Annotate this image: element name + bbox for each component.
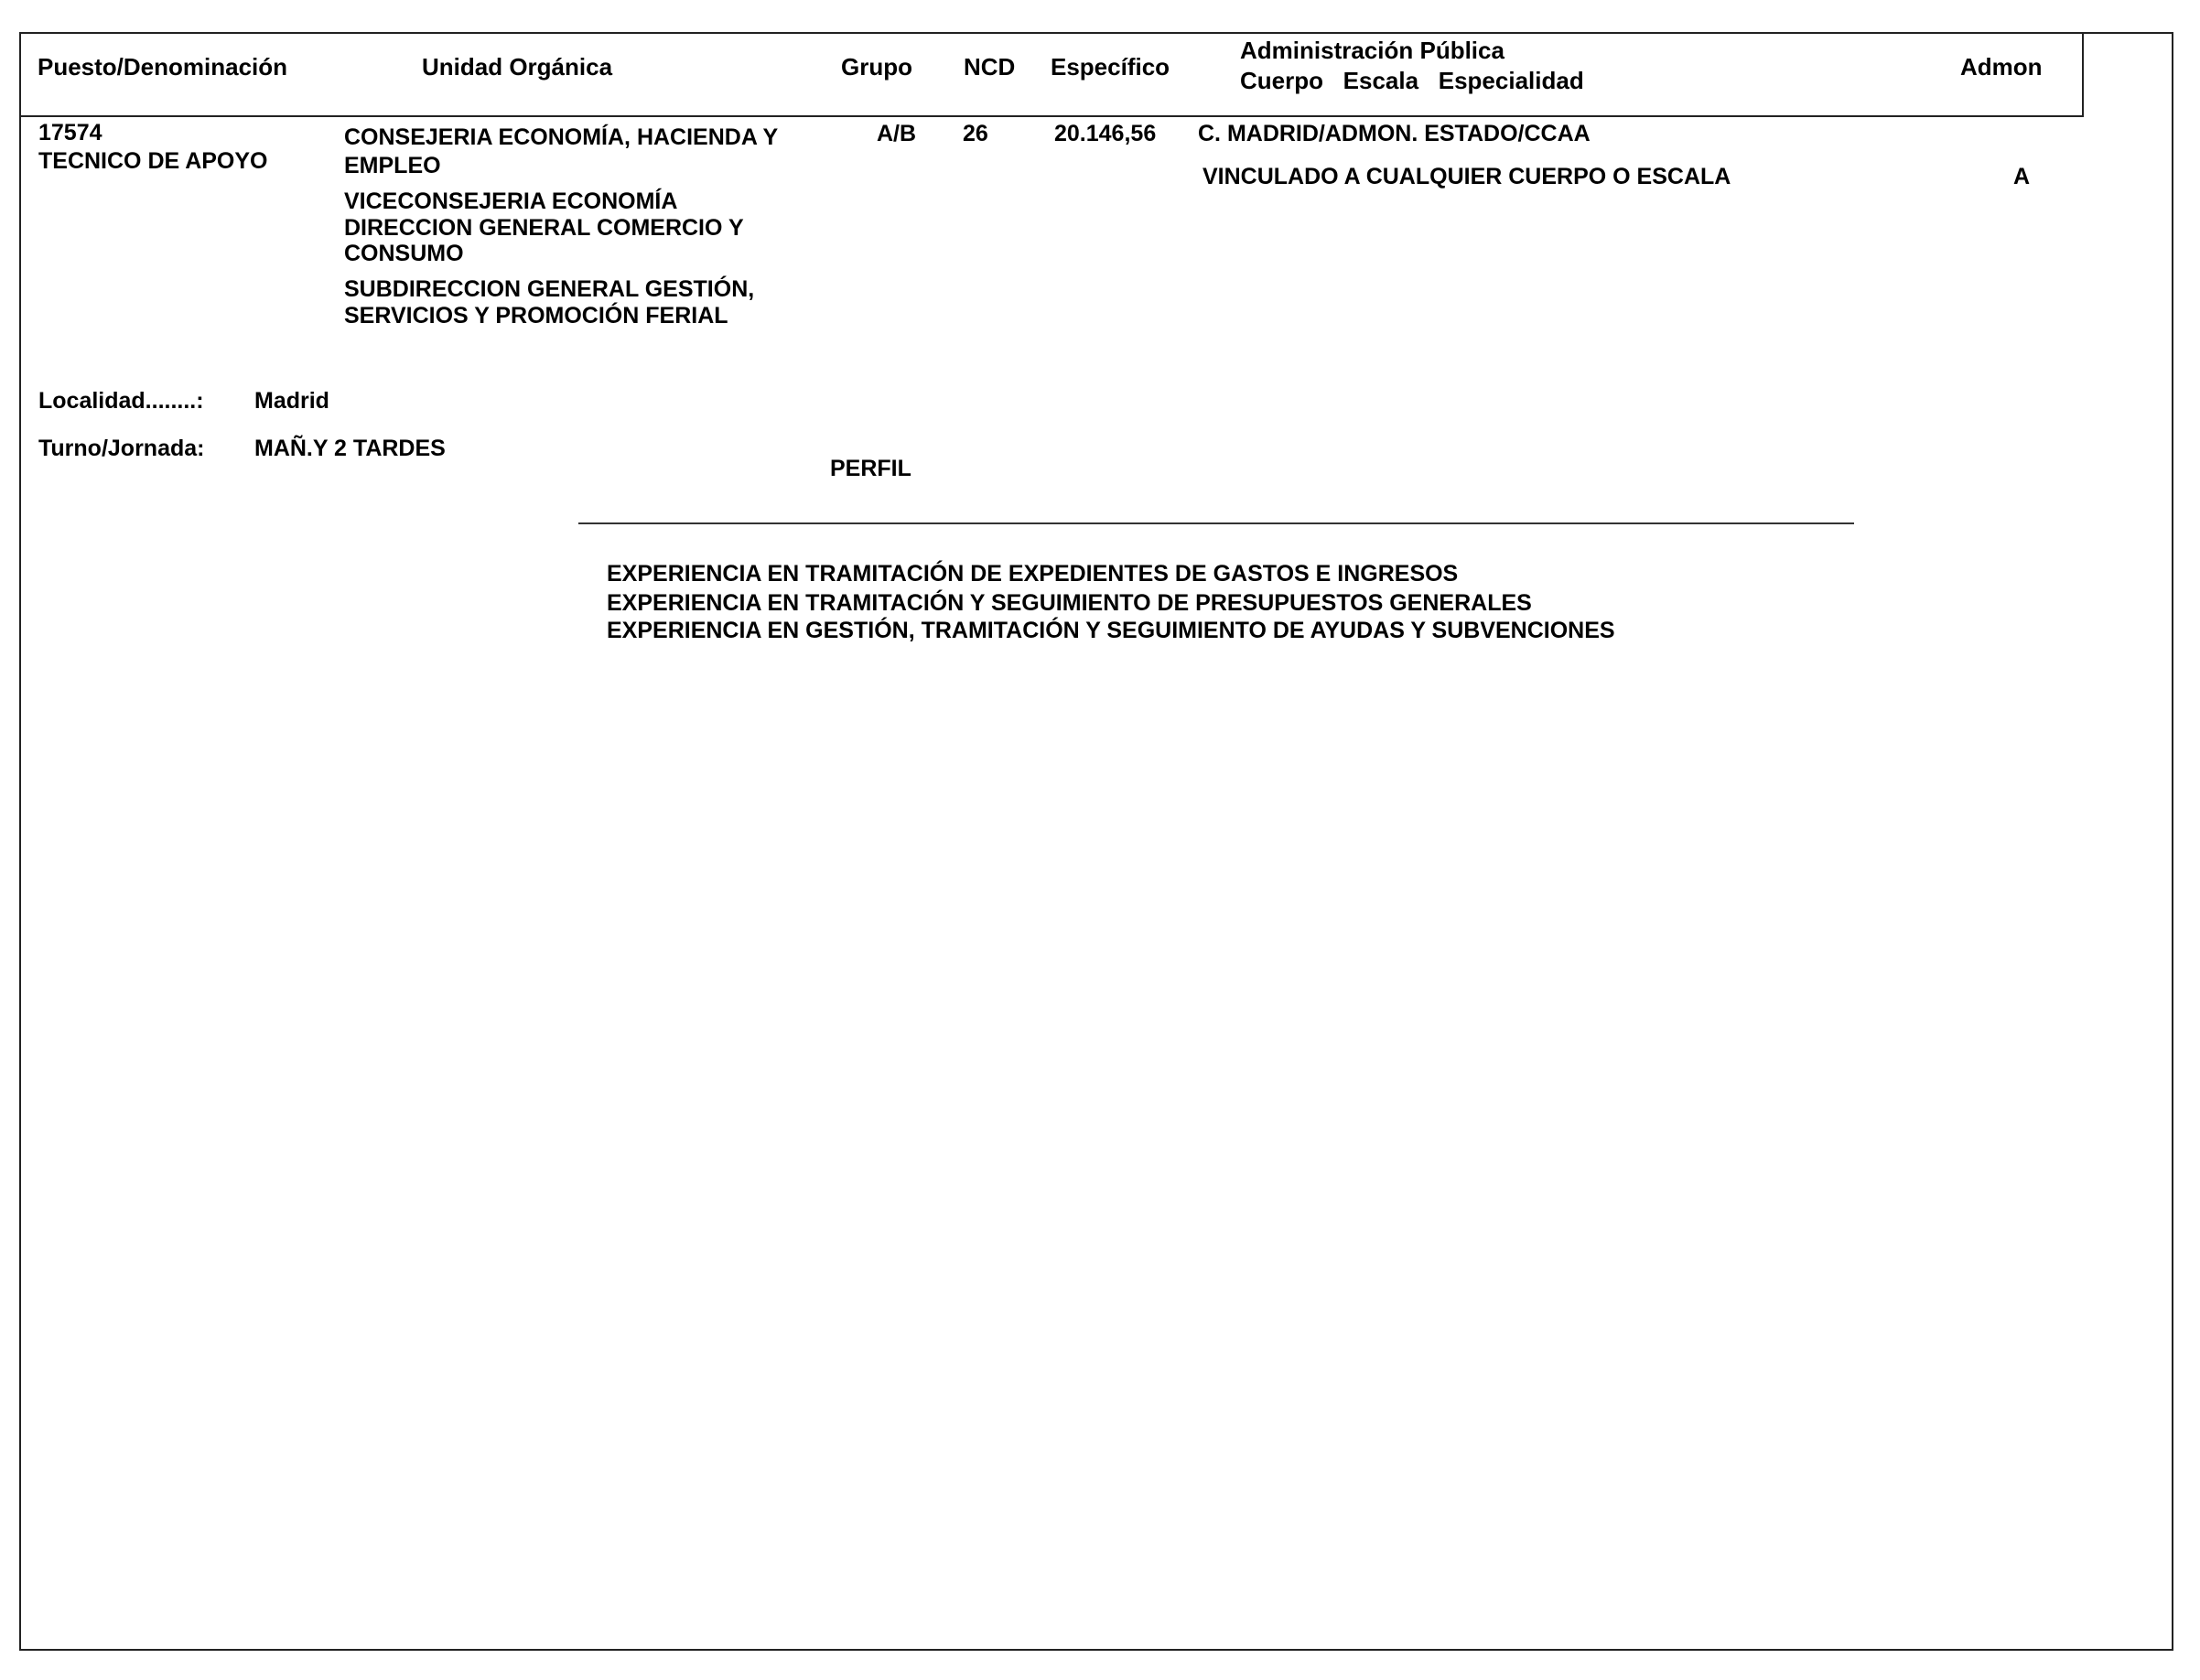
header-grupo: Grupo bbox=[841, 55, 912, 79]
page-frame bbox=[19, 32, 2173, 1651]
turno-value: MAÑ.Y 2 TARDES bbox=[254, 437, 446, 460]
unidad-organica-line: SERVICIOS Y PROMOCIÓN FERIAL bbox=[344, 305, 728, 328]
unidad-organica-line: VICECONSEJERIA ECONOMÍA bbox=[344, 190, 677, 213]
grupo-value: A/B bbox=[877, 123, 916, 145]
header-puesto: Puesto/Denominación bbox=[38, 55, 287, 79]
unidad-organica-line: SUBDIRECCION GENERAL GESTIÓN, bbox=[344, 278, 754, 301]
header-unidad-organica: Unidad Orgánica bbox=[422, 55, 612, 79]
unidad-organica-line: CONSEJERIA ECONOMÍA, HACIENDA Y bbox=[344, 126, 778, 149]
puesto-denominacion: TECNICO DE APOYO bbox=[38, 150, 268, 173]
header-especifico: Específico bbox=[1051, 55, 1170, 79]
perfil-item: EXPERIENCIA EN GESTIÓN, TRAMITACIÓN Y SE… bbox=[607, 619, 1615, 642]
perfil-item: EXPERIENCIA EN TRAMITACIÓN DE EXPEDIENTE… bbox=[607, 563, 1458, 586]
unidad-organica-line: EMPLEO bbox=[344, 155, 441, 178]
unidad-organica-line: CONSUMO bbox=[344, 242, 464, 265]
header-admon: Admon bbox=[1960, 55, 2043, 79]
header-administracion-publica: Administración Pública bbox=[1240, 38, 1504, 62]
unidad-organica-line: DIRECCION GENERAL COMERCIO Y bbox=[344, 217, 744, 240]
header-ncd: NCD bbox=[964, 55, 1015, 79]
header-cuerpo-escala-especialidad: Cuerpo Escala Especialidad bbox=[1240, 69, 1584, 92]
perfil-item: EXPERIENCIA EN TRAMITACIÓN Y SEGUIMIENTO… bbox=[607, 592, 1532, 615]
ncd-value: 26 bbox=[963, 123, 988, 145]
perfil-title: PERFIL bbox=[830, 458, 911, 480]
turno-label: Turno/Jornada: bbox=[38, 437, 204, 460]
admon-value: A bbox=[2013, 166, 2030, 188]
perfil-divider bbox=[578, 522, 1854, 524]
cuerpo-value: VINCULADO A CUALQUIER CUERPO O ESCALA bbox=[1202, 166, 1731, 188]
localidad-label: Localidad........: bbox=[38, 390, 204, 413]
puesto-codigo: 17574 bbox=[38, 122, 102, 145]
localidad-value: Madrid bbox=[254, 390, 329, 413]
administracion-value: C. MADRID/ADMON. ESTADO/CCAA bbox=[1198, 123, 1591, 145]
especifico-value: 20.146,56 bbox=[1054, 123, 1156, 145]
